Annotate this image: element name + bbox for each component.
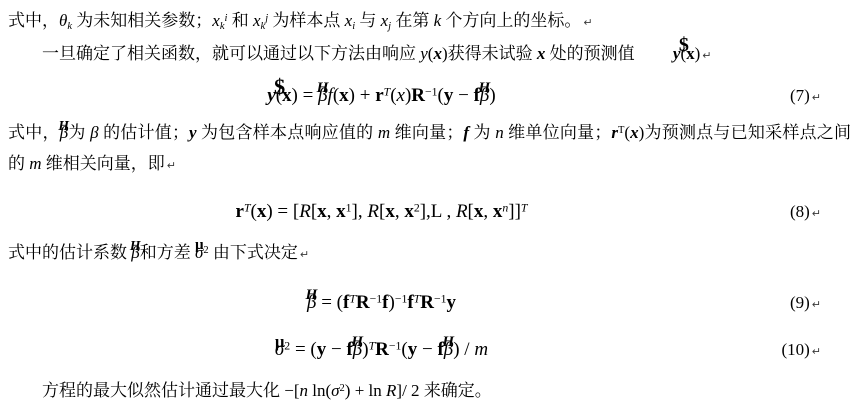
equation-8-formula: rT(x) = [R[x, x1], R[x, x2],L , R[x, xn]… <box>8 194 755 230</box>
return-mark: ↵ <box>812 207 821 220</box>
equation-7-number: (7)↵ <box>755 86 851 106</box>
return-mark: ↵ <box>812 298 821 311</box>
equation-8-number: (8)↵ <box>755 202 851 222</box>
equation-10-number: (10)↵ <box>755 340 851 360</box>
equation-9-row: βH = (fTR−1f)−1fTR−1y (9)↵ <box>8 285 851 321</box>
equation-9-formula: βH = (fTR−1f)−1fTR−1y <box>8 285 755 321</box>
equation-7-formula: y$(x) = βHf(x) + rT(x)R−1(y − fβH) <box>8 78 755 114</box>
paragraph-maximum-likelihood: 方程的最大似然估计通过最大化 −[n ln(σ2) + ln R]/ 2 来确定… <box>8 375 851 406</box>
equation-10-row: σµ2 = (y − fβH)TR−1(y − fβH) / m (10)↵ <box>8 332 851 368</box>
paragraph-symbol-definitions: 式中，βH为 β 的估计值；y 为包含样本点响应值的 m 维向量；f 为 n 维… <box>8 117 851 181</box>
document-page: 式中，θk 为未知相关参数；xki 和 xkj 为样本点 xi 与 xj 在第 … <box>0 0 859 406</box>
equation-7-number-label: (7) <box>790 86 810 105</box>
return-mark: ↵ <box>812 345 821 358</box>
paragraph-prediction-intro: 一旦确定了相关函数，就可以通过以下方法由响应 y(x)获得未试验 x 处的预测值… <box>8 38 851 71</box>
paragraph-correlation-parameters: 式中，θk 为未知相关参数；xki 和 xkj 为样本点 xi 与 xj 在第 … <box>8 5 851 38</box>
equation-7-row: y$(x) = βHf(x) + rT(x)R−1(y − fβH) (7)↵ <box>8 78 851 114</box>
equation-10-formula: σµ2 = (y − fβH)TR−1(y − fβH) / m <box>8 332 755 368</box>
equation-10-number-label: (10) <box>781 340 809 359</box>
equation-8-number-label: (8) <box>790 202 810 221</box>
equation-8-row: rT(x) = [R[x, x1], R[x, x2],L , R[x, xn]… <box>8 194 851 230</box>
equation-9-number: (9)↵ <box>755 293 851 313</box>
paragraph-estimation-coefficients: 式中的估计系数 βH和方差 σµ2 由下式决定↵ <box>8 237 851 270</box>
return-mark: ↵ <box>812 91 821 104</box>
equation-9-number-label: (9) <box>790 293 810 312</box>
